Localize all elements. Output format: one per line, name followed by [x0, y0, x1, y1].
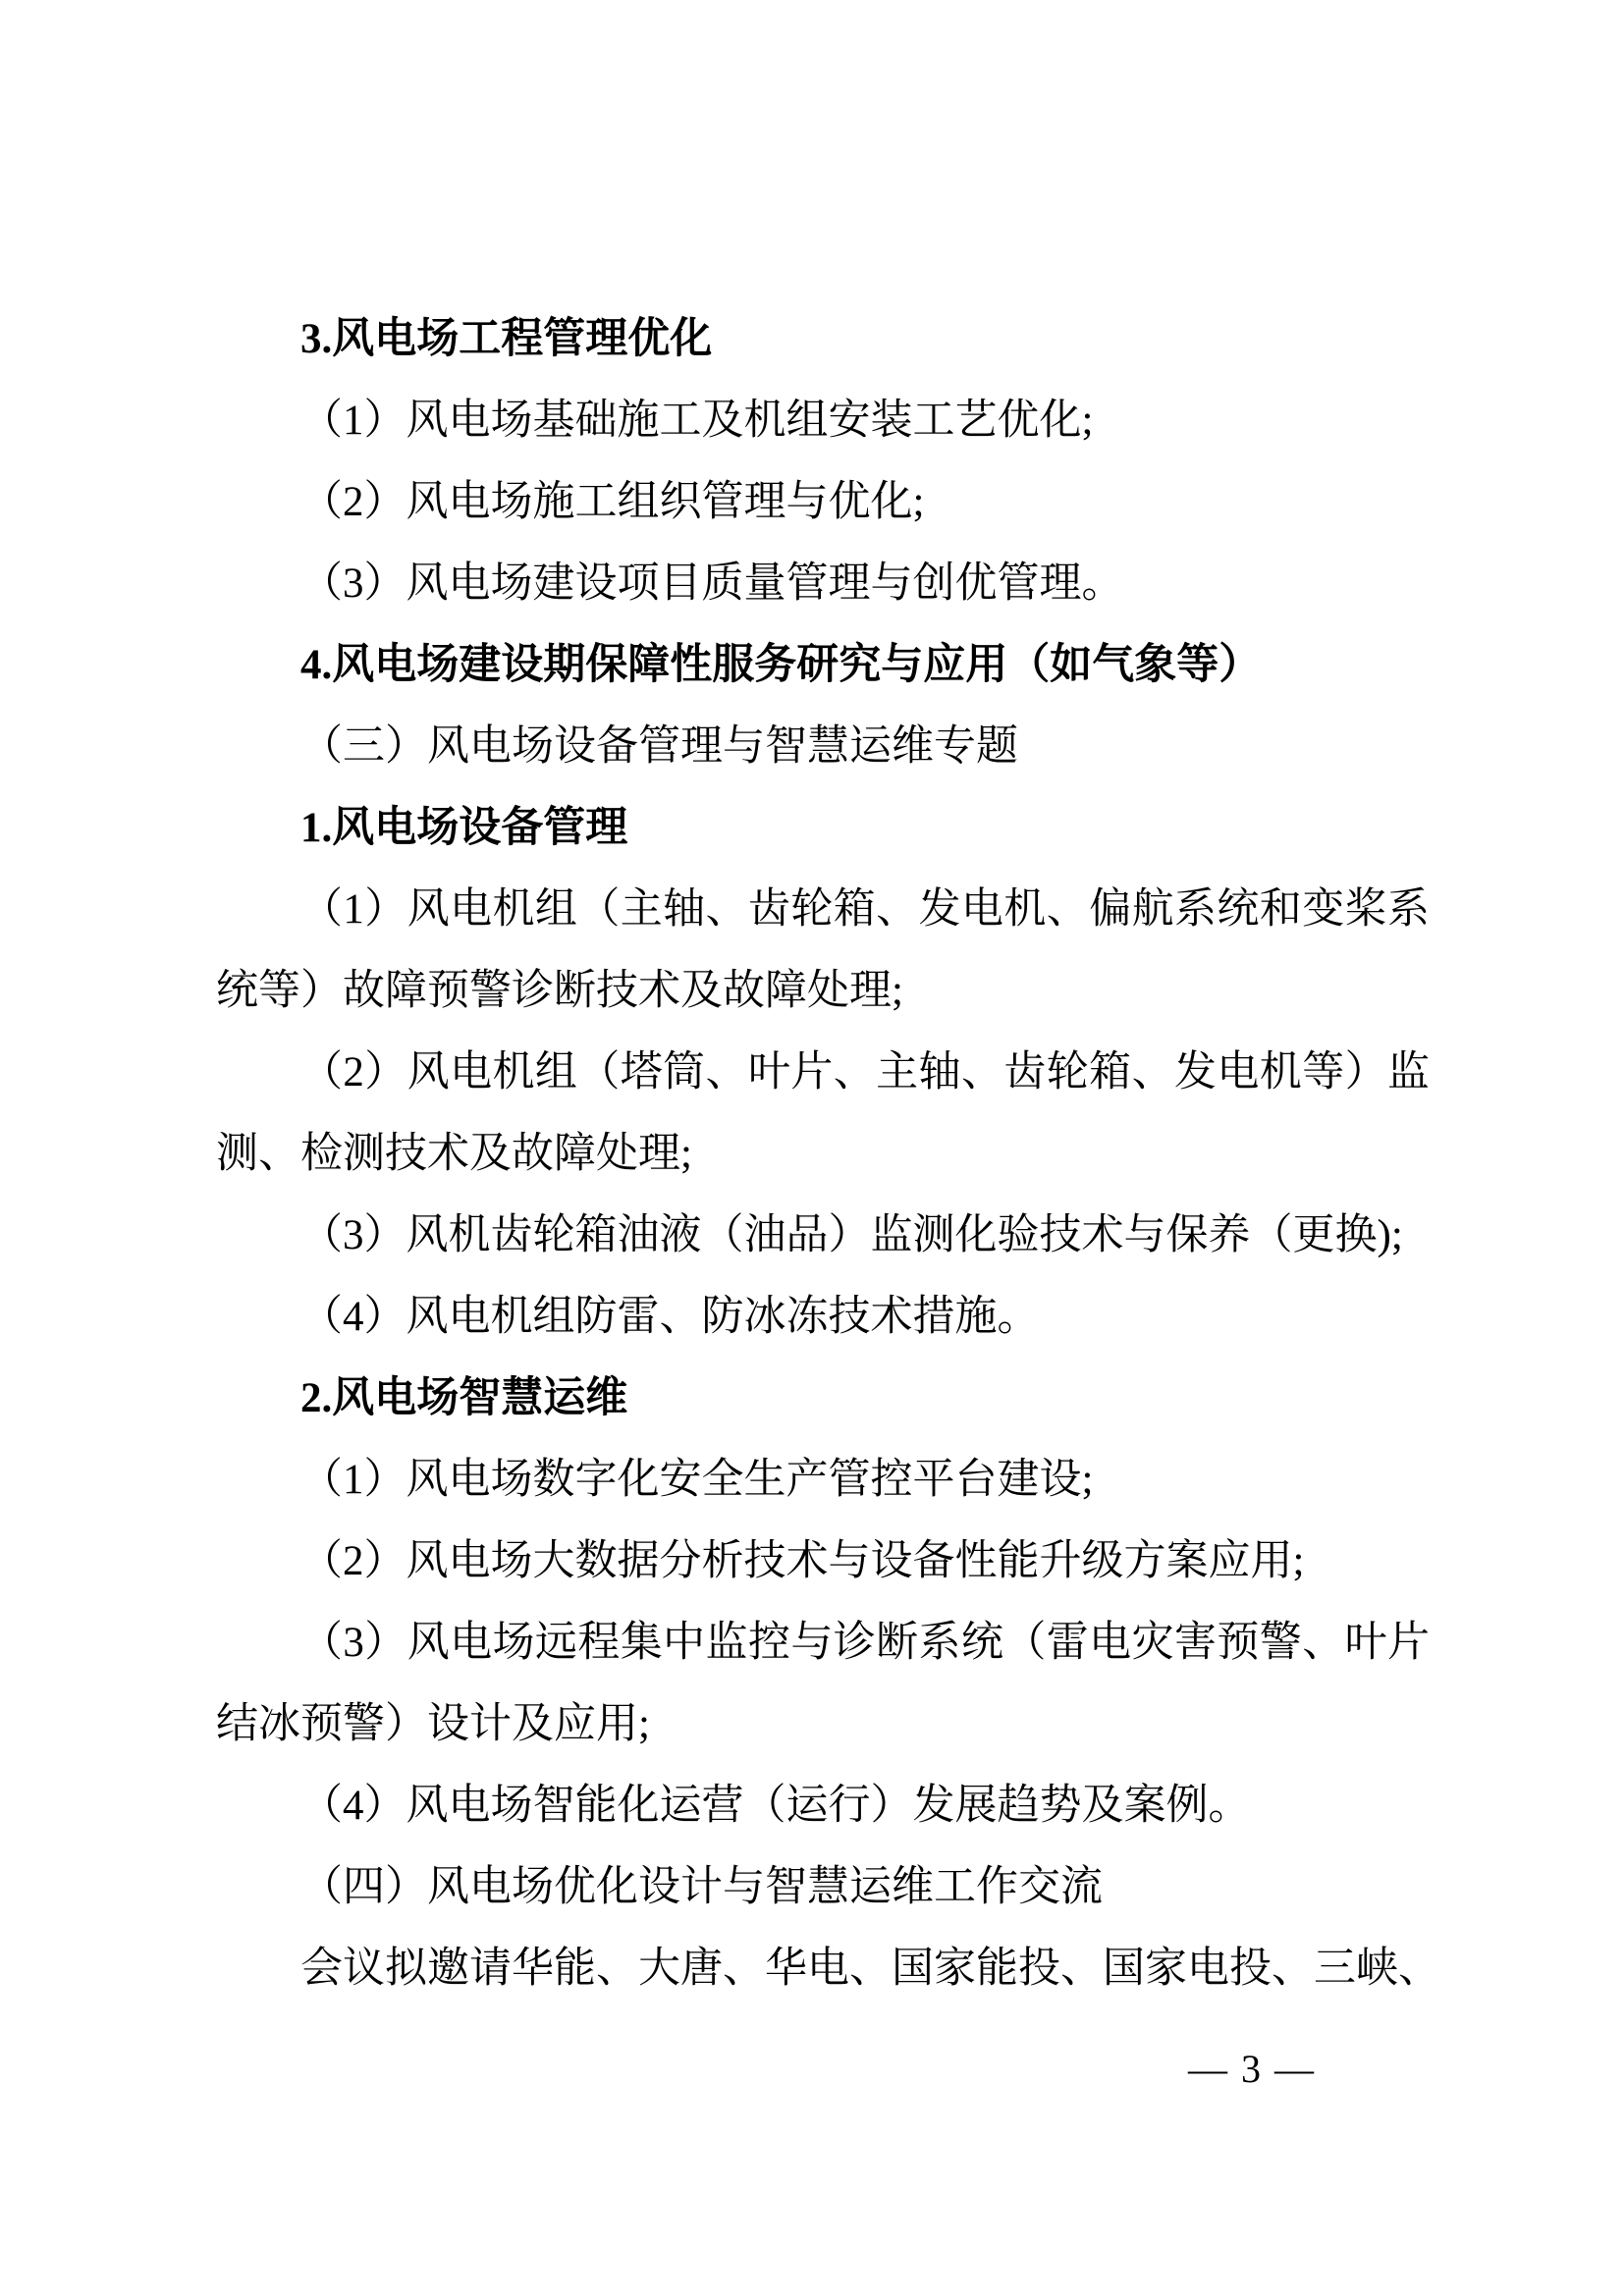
doc-item: （2）风电场大数据分析技术与设备性能升级方案应用;	[216, 1521, 1430, 1602]
doc-continuation: 测、检测技术及故障处理;	[216, 1113, 1430, 1195]
doc-item: （2）风电机组（塔筒、叶片、主轴、齿轮箱、发电机等）监	[216, 1032, 1430, 1113]
doc-item: （3）风电场远程集中监控与诊断系统（雷电灾害预警、叶片	[216, 1602, 1430, 1683]
document-body: 3.风电场工程管理优化 （1）风电场基础施工及机组安装工艺优化; （2）风电场施…	[216, 298, 1430, 2009]
doc-heading: 2.风电场智慧运维	[216, 1358, 1430, 1439]
doc-item: （4）风电机组防雷、防冰冻技术措施。	[216, 1276, 1430, 1358]
doc-heading: 4.风电场建设期保障性服务研究与应用（如气象等）	[216, 624, 1430, 706]
doc-section-title: （四）风电场优化设计与智慧运维工作交流	[216, 1846, 1430, 1928]
doc-item: （3）风电场建设项目质量管理与创优管理。	[216, 543, 1430, 624]
doc-item: （2）风电场施工组织管理与优化;	[216, 461, 1430, 543]
doc-item: （1）风电场数字化安全生产管控平台建设;	[216, 1439, 1430, 1521]
doc-paragraph: 会议拟邀请华能、大唐、华电、国家能投、国家电投、三峡、	[216, 1928, 1430, 2009]
doc-continuation: 结冰预警）设计及应用;	[216, 1683, 1430, 1765]
doc-heading: 1.风电场设备管理	[216, 787, 1430, 869]
doc-section-title: （三）风电场设备管理与智慧运维专题	[216, 706, 1430, 787]
doc-item: （1）风电场基础施工及机组安装工艺优化;	[216, 380, 1430, 461]
doc-heading: 3.风电场工程管理优化	[216, 298, 1430, 380]
doc-item: （4）风电场智能化运营（运行）发展趋势及案例。	[216, 1765, 1430, 1846]
doc-continuation: 统等）故障预警诊断技术及故障处理;	[216, 950, 1430, 1032]
page-number: — 3 —	[1188, 2048, 1316, 2091]
doc-item: （1）风电机组（主轴、齿轮箱、发电机、偏航系统和变桨系	[216, 869, 1430, 950]
doc-item: （3）风机齿轮箱油液（油品）监测化验技术与保养（更换);	[216, 1195, 1430, 1276]
document-page: 3.风电场工程管理优化 （1）风电场基础施工及机组安装工艺优化; （2）风电场施…	[0, 0, 1624, 2296]
